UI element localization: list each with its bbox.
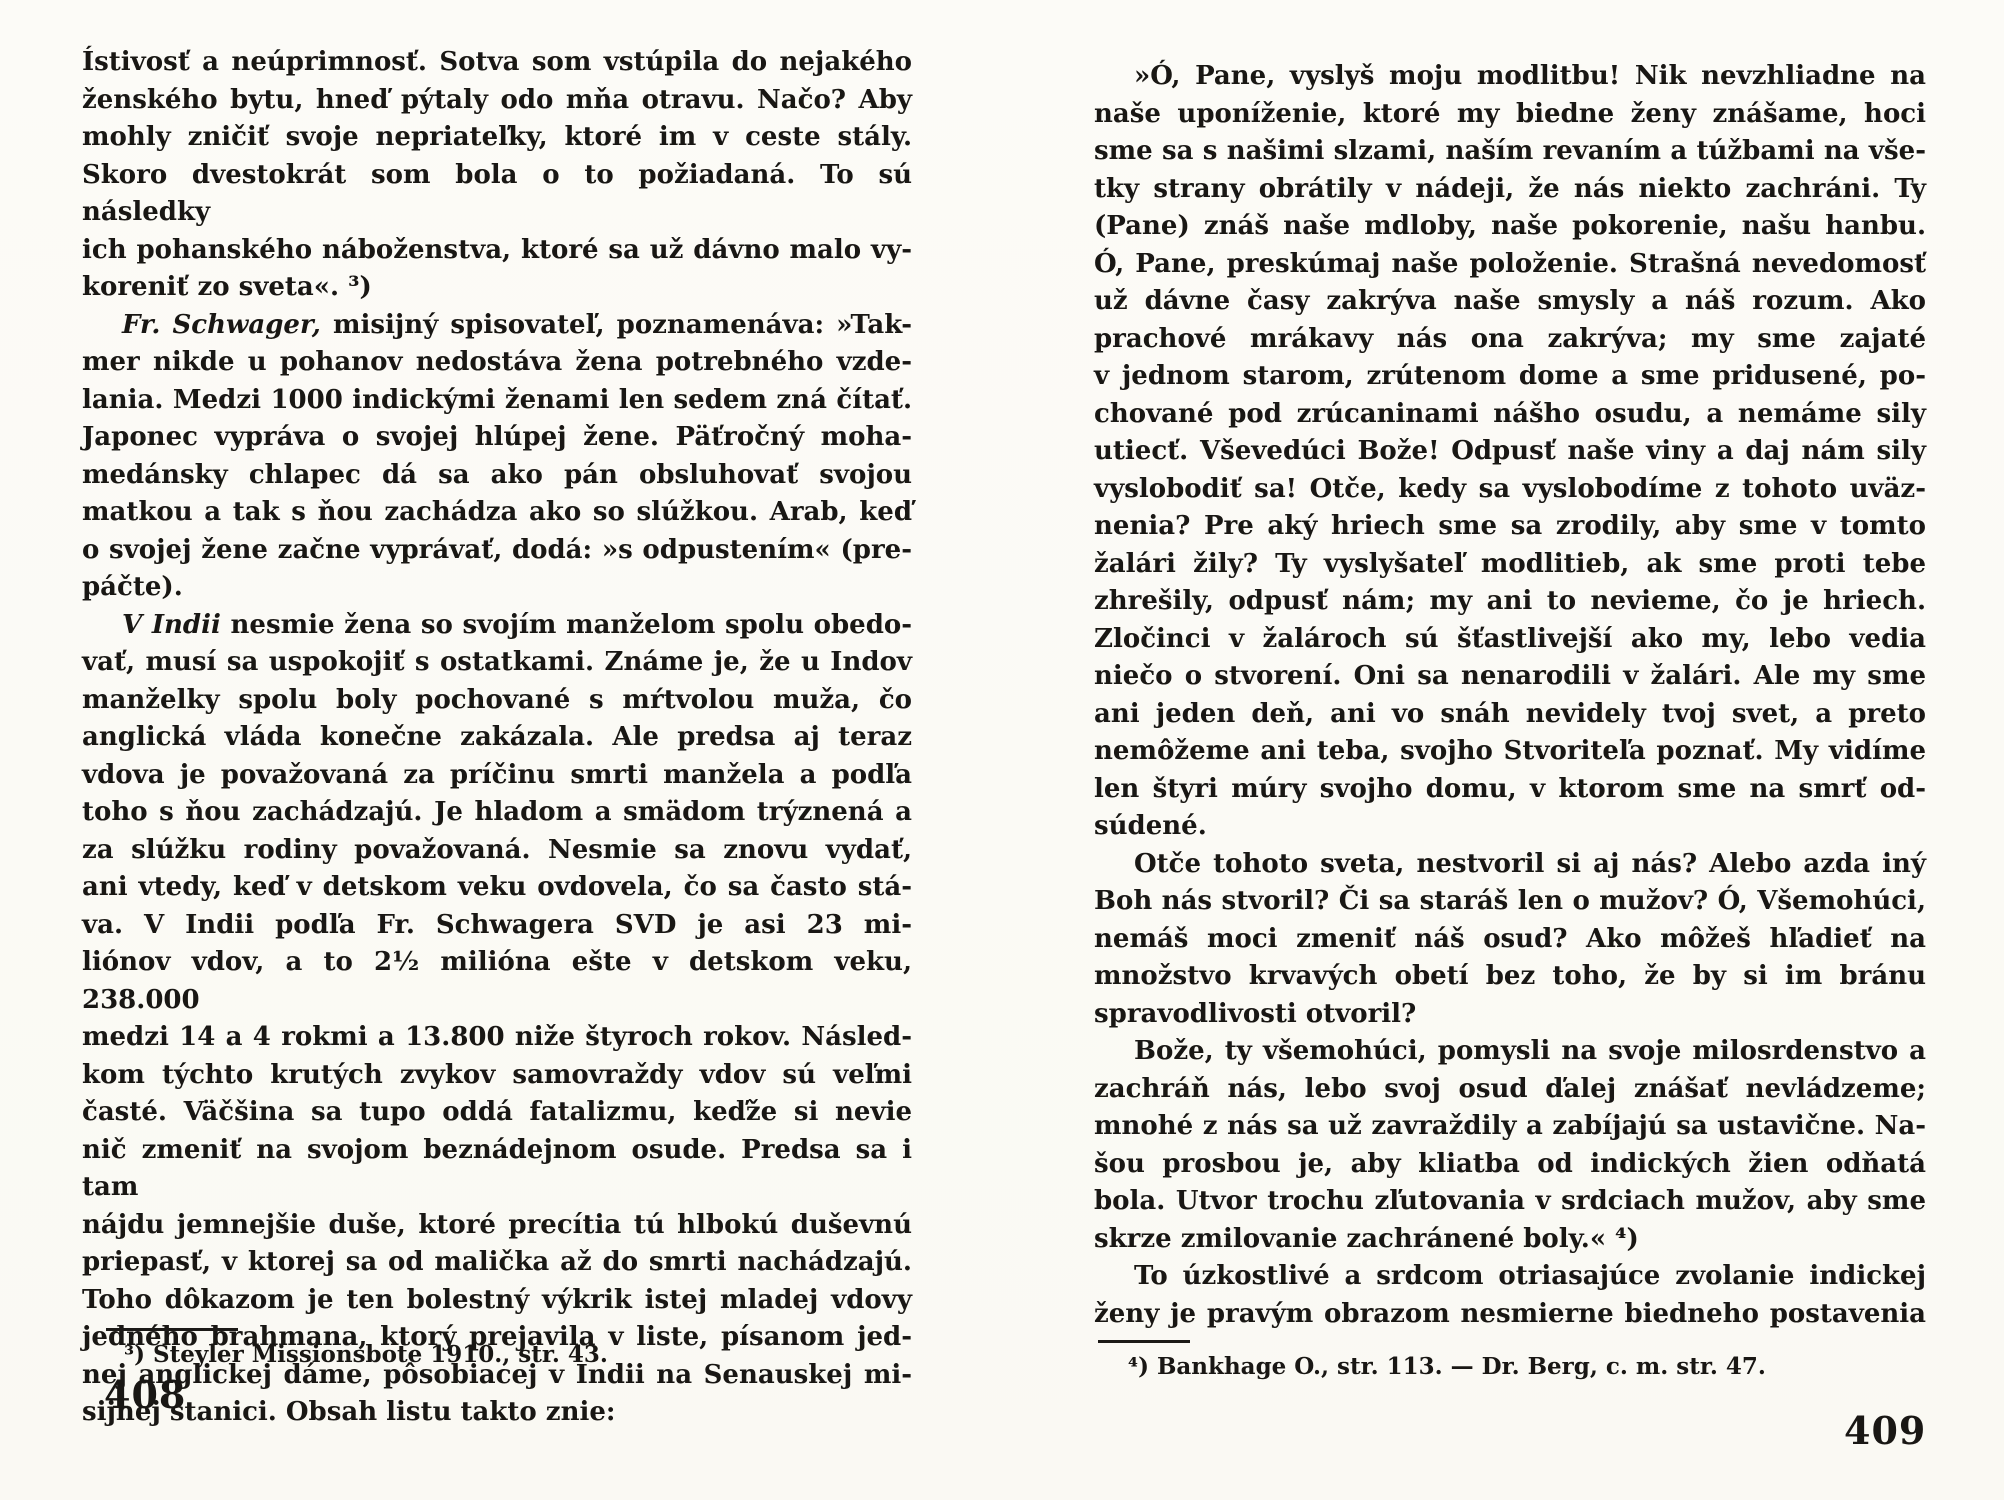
text-line: anglická vláda konečne zakázala. Ale pre… bbox=[82, 719, 912, 757]
text-line: Bože, ty všemohúci, pomysli na svoje mil… bbox=[1094, 1033, 1926, 1071]
text-line: zhrešily, odpusť nám; my ani to nevieme,… bbox=[1094, 583, 1926, 621]
text-line: Japonec vypráva o svojej hlúpej žene. Pä… bbox=[82, 419, 912, 457]
page-number: 408 bbox=[104, 1372, 186, 1417]
text-line: (Pane) znáš naše mdloby, naše pokorenie,… bbox=[1094, 208, 1926, 246]
text-line: mnohé z nás sa už zavraždily a zabíjajú … bbox=[1094, 1108, 1926, 1146]
text-line: koreniť zo sveta«. ³) bbox=[82, 269, 912, 307]
text-line: páčte). bbox=[82, 569, 912, 607]
paragraph: V Indii nesmie žena so svojím manželom s… bbox=[82, 607, 912, 1432]
text-line: len štyri múry svojho domu, v ktorom sme… bbox=[1094, 771, 1926, 809]
text-line: spravodlivosti otvoril? bbox=[1094, 996, 1926, 1034]
page-right-body-text: »Ó, Pane, vyslyš moju modlitbu! Nik nevz… bbox=[1094, 58, 1926, 1333]
text-line: mer nikde u pohanov nedostáva žena potre… bbox=[82, 344, 912, 382]
paragraph: »Ó, Pane, vyslyš moju modlitbu! Nik nevz… bbox=[1094, 58, 1926, 846]
italic-text: Fr. Schwager, bbox=[122, 310, 321, 340]
text-line: liónov vdov, a to 2½ milióna ešte v dets… bbox=[82, 944, 912, 1019]
text-line: Fr. Schwager, misijný spisovateľ, poznam… bbox=[82, 307, 912, 345]
text-line: To úzkostlivé a srdcom otriasajúce zvola… bbox=[1094, 1258, 1926, 1296]
text-line: za slúžku rodiny považovaná. Nesmie sa z… bbox=[82, 832, 912, 870]
text-line: manželky spolu boly pochované s mŕtvolou… bbox=[82, 682, 912, 720]
text-line: mohly zničiť svoje nepriateľky, ktoré im… bbox=[82, 119, 912, 157]
text-line: Toho dôkazom je ten bolestný výkrik iste… bbox=[82, 1282, 912, 1320]
text-line: nenia? Pre aký hriech sme sa zrodily, ab… bbox=[1094, 508, 1926, 546]
text-line: toho s ňou zachádzajú. Je hladom a smädo… bbox=[82, 794, 912, 832]
text-line: nič zmeniť na svojom beznádejnom osude. … bbox=[82, 1132, 912, 1207]
text-line: Skoro dvestokrát som bola o to požiadaná… bbox=[82, 157, 912, 232]
text-line: množstvo krvavých obetí bez toho, že by … bbox=[1094, 958, 1926, 996]
text-line: chované pod zrúcaninami nášho osudu, a n… bbox=[1094, 396, 1926, 434]
text-line: žalári žily? Ty vyslyšateľ modlitieb, ak… bbox=[1094, 546, 1926, 584]
text-line: medzi 14 a 4 rokmi a 13.800 niže štyroch… bbox=[82, 1019, 912, 1057]
text-line: va. V Indii podľa Fr. Schwagera SVD je a… bbox=[82, 907, 912, 945]
text-line: už dávne časy zakrýva naše smysly a náš … bbox=[1094, 283, 1926, 321]
text-line: »Ó, Pane, vyslyš moju modlitbu! Nik nevz… bbox=[1094, 58, 1926, 96]
text-line: skrze zmilovanie zachránené boly.« ⁴) bbox=[1094, 1221, 1926, 1259]
text-line: sme sa s našimi slzami, naším revaním a … bbox=[1094, 133, 1926, 171]
text-line: vať, musí sa uspokojiť s ostatkami. Znám… bbox=[82, 644, 912, 682]
italic-text: V Indii bbox=[122, 610, 221, 640]
text-line: V Indii nesmie žena so svojím manželom s… bbox=[82, 607, 912, 645]
text-line: súdené. bbox=[1094, 808, 1926, 846]
text-line: Ístivosť a neúprimnosť. Sotva som vstúpi… bbox=[82, 44, 912, 82]
page-right: »Ó, Pane, vyslyš moju modlitbu! Nik nevz… bbox=[1002, 0, 2004, 1500]
text-line: ženy je pravým obrazom nesmierne biedneh… bbox=[1094, 1296, 1926, 1334]
text-line: kom týchto krutých zvykov samovraždy vdo… bbox=[82, 1057, 912, 1095]
text-line: matkou a tak s ňou zachádza ako so slúžk… bbox=[82, 494, 912, 532]
text-line: sijnej stanici. Obsah listu takto znie: bbox=[82, 1394, 912, 1432]
text-line: Zločinci v žalároch sú šťastlivejší ako … bbox=[1094, 621, 1926, 659]
page-left-body-text: Ístivosť a neúprimnosť. Sotva som vstúpi… bbox=[82, 44, 912, 1432]
text-line: nemáš moci zmeniť náš osud? Ako môžeš hľ… bbox=[1094, 921, 1926, 959]
text-line: ani vtedy, keď v detskom veku ovdovela, … bbox=[82, 869, 912, 907]
text-line: Ó, Pane, preskúmaj naše položenie. Straš… bbox=[1094, 246, 1926, 284]
text-line: tky strany obrátily v nádeji, že nás nie… bbox=[1094, 171, 1926, 209]
text-line: naše uponíženie, ktoré my biedne ženy zn… bbox=[1094, 96, 1926, 134]
page-left: Ístivosť a neúprimnosť. Sotva som vstúpi… bbox=[0, 0, 1002, 1500]
paragraph: Fr. Schwager, misijný spisovateľ, poznam… bbox=[82, 307, 912, 607]
text-line: bola. Utvor trochu zľutovania v srdciach… bbox=[1094, 1183, 1926, 1221]
footnote-rule bbox=[106, 1328, 238, 1331]
text-line: lania. Medzi 1000 indickými ženami len s… bbox=[82, 382, 912, 420]
text-line: časté. Väčšina sa tupo oddá fatalizmu, k… bbox=[82, 1094, 912, 1132]
text-line: nemôžeme ani teba, svojho Stvoriteľa poz… bbox=[1094, 733, 1926, 771]
text-line: šou prosbou je, aby kliatba od indických… bbox=[1094, 1146, 1926, 1184]
text-line: priepasť, v ktorej sa od malička až do s… bbox=[82, 1244, 912, 1282]
text-line: medánsky chlapec dá sa ako pán obsluhova… bbox=[82, 457, 912, 495]
text-line: prachové mrákavy nás ona zakrýva; my sme… bbox=[1094, 321, 1926, 359]
text-line: niečo o stvorení. Oni sa nenarodili v ža… bbox=[1094, 658, 1926, 696]
text-line: vdova je považovaná za príčinu smrti man… bbox=[82, 757, 912, 795]
footnote: ³) Steyler Missionsbote 1910., str. 43. bbox=[82, 1340, 912, 1370]
footnote: ⁴) Bankhage O., str. 113. — Dr. Berg, c.… bbox=[1094, 1352, 1926, 1382]
paragraph: Bože, ty všemohúci, pomysli na svoje mil… bbox=[1094, 1033, 1926, 1258]
paragraph: To úzkostlivé a srdcom otriasajúce zvola… bbox=[1094, 1258, 1926, 1333]
paragraph: Ístivosť a neúprimnosť. Sotva som vstúpi… bbox=[82, 44, 912, 307]
text-line: v jednom starom, zrútenom dome a sme pri… bbox=[1094, 358, 1926, 396]
page-number: 409 bbox=[1844, 1408, 1926, 1453]
text-line: Boh nás stvoril? Či sa staráš len o mužo… bbox=[1094, 883, 1926, 921]
text-line: ženského bytu, hneď pýtaly odo mňa otrav… bbox=[82, 82, 912, 120]
text-line: utiecť. Vševedúci Bože! Odpusť naše viny… bbox=[1094, 433, 1926, 471]
text-line: ich pohanského náboženstva, ktoré sa už … bbox=[82, 232, 912, 270]
text-line: o svojej žene začne vyprávať, dodá: »s o… bbox=[82, 532, 912, 570]
text-line: ani jeden deň, ani vo snáh nevidely tvoj… bbox=[1094, 696, 1926, 734]
text-line: nájdu jemnejšie duše, ktoré precítia tú … bbox=[82, 1207, 912, 1245]
footnote-rule bbox=[1098, 1340, 1190, 1343]
text-line: Otče tohoto sveta, nestvoril si aj nás? … bbox=[1094, 846, 1926, 884]
paragraph: Otče tohoto sveta, nestvoril si aj nás? … bbox=[1094, 846, 1926, 1034]
text-line: zachráň nás, lebo svoj osud ďalej znášať… bbox=[1094, 1071, 1926, 1109]
text-line: vyslobodiť sa! Otče, kedy sa vyslobodíme… bbox=[1094, 471, 1926, 509]
